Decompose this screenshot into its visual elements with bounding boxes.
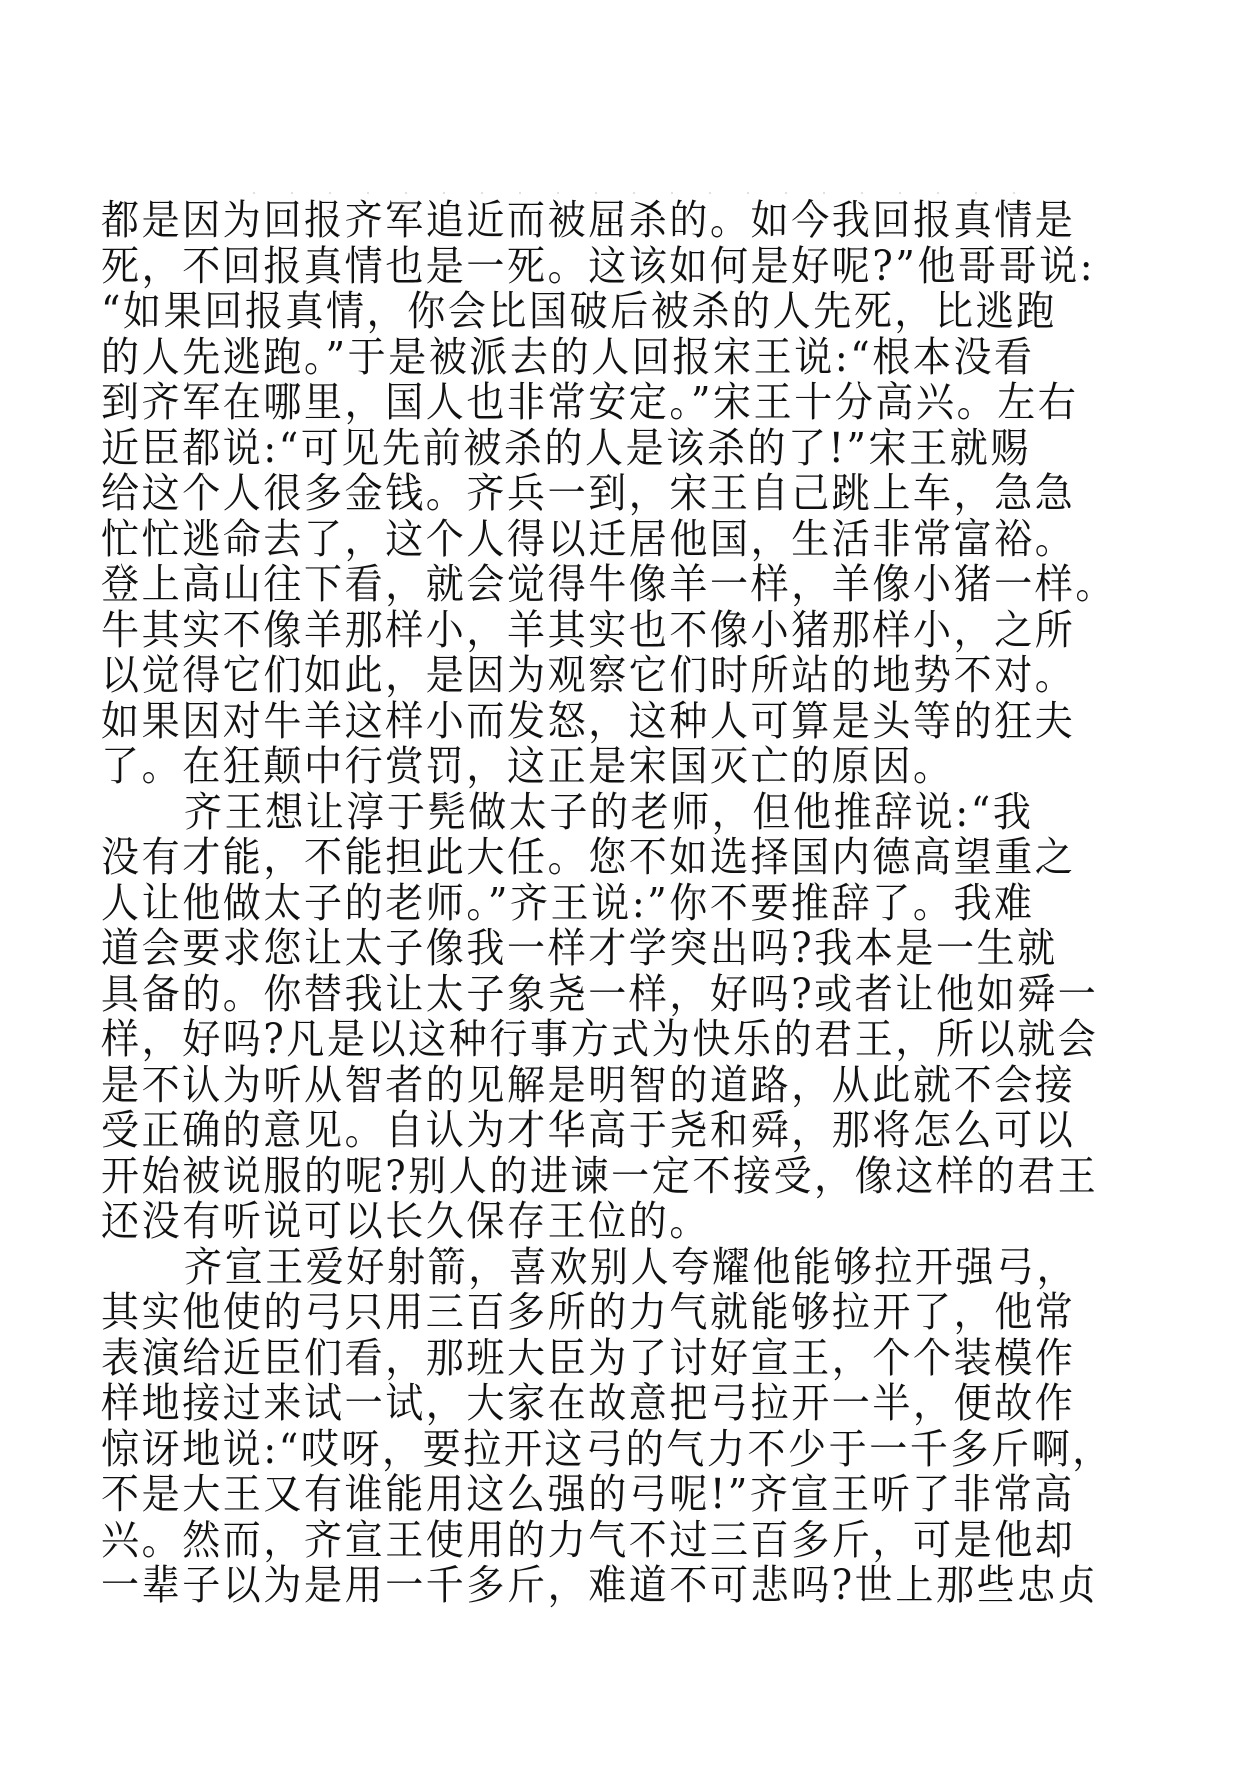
body-text: 都是因为回报齐军追近而被屈杀的。如今我回报真情是 死，不回报真情也是一死。这该如… — [101, 198, 1111, 1609]
text-line: 死，不回报真情也是一死。这该如何是好呢?”他哥哥说: — [101, 242, 1111, 291]
text-line: 样，好吗?凡是以这种行事方式为快乐的君王，所以就会 — [101, 1015, 1111, 1064]
text-line: 忙忙逃命去了，这个人得以迁居他国，生活非常富裕。 — [101, 515, 1111, 564]
paragraph-start-line: 齐宣王爱好射箭，喜欢别人夸耀他能够拉开强弓， — [101, 1243, 1111, 1292]
text-line: 近臣都说:“可见先前被杀的人是该杀的了!”宋王就赐 — [101, 424, 1111, 473]
text-line: 的人先逃跑。”于是被派去的人回报宋王说:“根本没看 — [101, 333, 1111, 382]
text-line: 兴。然而，齐宣王使用的力气不过三百多斤，可是他却 — [101, 1516, 1111, 1565]
text-line: 是不认为听从智者的见解是明智的道路，从此就不会接 — [101, 1061, 1111, 1110]
text-line: 其实他使的弓只用三百多所的力气就能够拉开了，他常 — [101, 1288, 1111, 1337]
document-page: 都是因为回报齐军追近而被屈杀的。如今我回报真情是 死，不回报真情也是一死。这该如… — [0, 0, 1260, 1792]
text-line: 具备的。你替我让太子象尧一样，好吗?或者让他如舜一 — [101, 970, 1111, 1019]
text-line: 人让他做太子的老师。”齐王说:”你不要推辞了。我难 — [101, 879, 1111, 928]
text-line: 样地接过来试一试，大家在故意把弓拉开一半，便故作 — [101, 1379, 1111, 1428]
text-line: 一辈子以为是用一千多斤，难道不可悲吗?世上那些忠贞 — [101, 1561, 1111, 1610]
text-line: 以觉得它们如此，是因为观察它们时所站的地势不对。 — [101, 651, 1111, 700]
text-line: 了。在狂颠中行赏罚，这正是宋国灭亡的原因。 — [101, 742, 1111, 791]
text-line: 没有才能，不能担此大任。您不如选择国内德高望重之 — [101, 833, 1111, 882]
text-line: 开始被说服的呢?别人的进谏一定不接受，像这样的君王 — [101, 1152, 1111, 1201]
text-line: 受正确的意见。自认为才华高于尧和舜，那将怎么可以 — [101, 1106, 1111, 1155]
text-line: 不是大王又有谁能用这么强的弓呢!”齐宣王听了非常高 — [101, 1470, 1111, 1519]
text-line: 如果因对牛羊这样小而发怒，这种人可算是头等的狂夫 — [101, 697, 1111, 746]
text-line: “如果回报真情，你会比国破后被杀的人先死，比逃跑 — [101, 287, 1111, 336]
scan-artifact-dots — [235, 192, 1025, 194]
text-line: 还没有听说可以长久保存王位的。 — [101, 1197, 1111, 1246]
text-line: 到齐军在哪里，国人也非常安定。”宋王十分高兴。左右 — [101, 378, 1111, 427]
text-line: 惊讶地说:“哎呀，要拉开这弓的气力不少于一千多斤啊， — [101, 1425, 1111, 1474]
text-line: 道会要求您让太子像我一样才学突出吗?我本是一生就 — [101, 924, 1111, 973]
text-line: 都是因为回报齐军追近而被屈杀的。如今我回报真情是 — [101, 196, 1111, 245]
text-line: 牛其实不像羊那样小，羊其实也不像小猪那样小，之所 — [101, 606, 1111, 655]
paragraph-start-line: 齐王想让淳于髡做太子的老师，但他推辞说:“我 — [101, 788, 1111, 837]
text-line: 给这个人很多金钱。齐兵一到，宋王自己跳上车，急急 — [101, 469, 1111, 518]
text-line: 表演给近臣们看，那班大臣为了讨好宣王，个个装模作 — [101, 1334, 1111, 1383]
text-line: 登上高山往下看，就会觉得牛像羊一样，羊像小猪一样。 — [101, 560, 1111, 609]
